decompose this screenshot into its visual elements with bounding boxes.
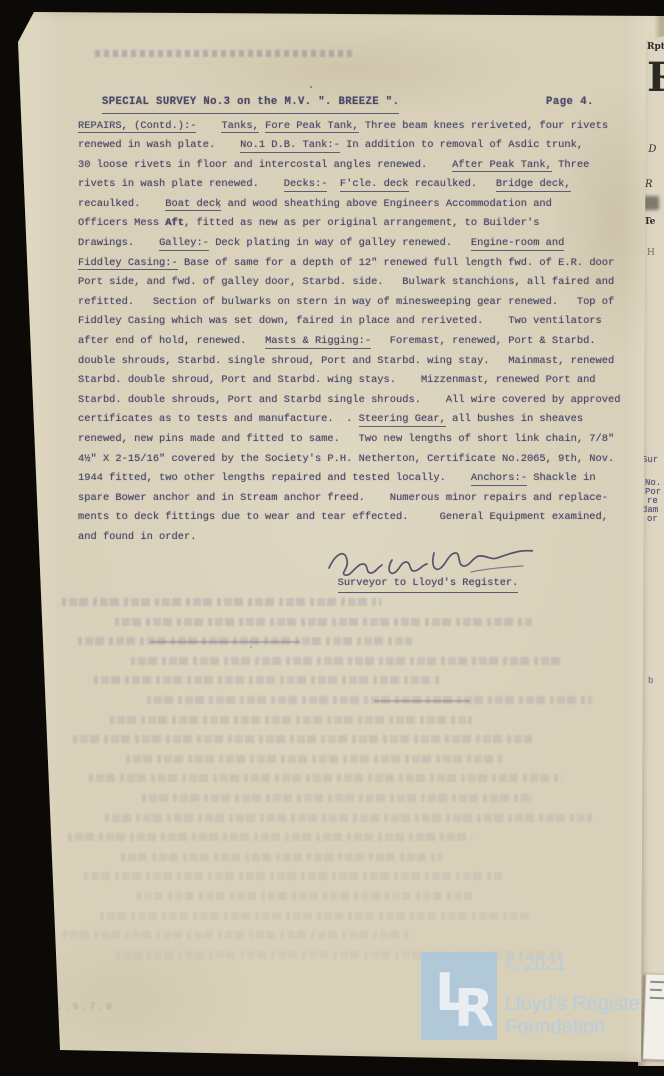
- typed-line: rivets in wash plate renewed. Decks:- F'…: [78, 175, 594, 195]
- bleed-through-text: [95, 50, 355, 57]
- typed-line: double shrouds, Starbd. single shroud, P…: [78, 352, 594, 372]
- watermark-org-line2: Foundation: [505, 1016, 647, 1039]
- bleed-through-line: [142, 794, 532, 802]
- signature-caption: Surveyor to Lloyd's Register.: [338, 575, 519, 593]
- surveyor-signature: [323, 542, 533, 576]
- bleed-through-line: [105, 814, 592, 822]
- typed-line: renewed in wash plate. No.1 D.B. Tank:- …: [78, 136, 594, 156]
- survey-report-page: SPECIAL SURVEY No.3 on the M.V. ". BREEZ…: [0, 0, 664, 1076]
- report-header: SPECIAL SURVEY No.3 on the M.V. ". BREEZ…: [78, 92, 594, 114]
- page-number: Page 4.: [546, 92, 594, 112]
- typed-line: refitted. Section of bulwarks on stern i…: [78, 293, 594, 313]
- svg-text:L: L: [435, 963, 468, 1023]
- bleed-through-line: [110, 716, 472, 724]
- bleed-through-line: [84, 872, 502, 880]
- bleed-through-line: [147, 696, 592, 704]
- corner-fold: [2, 1040, 64, 1070]
- side-page-ink-smudge: [643, 196, 659, 210]
- typed-line: REPAIRS, (Contd.):- Tanks, Fore Peak Tan…: [78, 117, 594, 137]
- bleed-through-line: [94, 676, 442, 684]
- bleed-through-line: [100, 912, 532, 920]
- bleed-through-line: [63, 931, 412, 939]
- pencil-annotation: L.9.7.0: [56, 1002, 115, 1012]
- typed-line: Officers Mess Aft, fitted as new as per …: [78, 214, 594, 234]
- typed-line: 30 loose rivets in floor and intercostal…: [78, 156, 594, 176]
- side-page-typed-fragment: or: [647, 514, 658, 524]
- typed-line: Starbd. double shroud, Port and Starbd. …: [78, 371, 594, 391]
- watermark-org-line1: Lloyd's Register: [505, 993, 647, 1016]
- side-page-fragment: R: [645, 179, 653, 190]
- side-page-typed-fragment: Sur: [642, 455, 658, 465]
- typed-line: recaulked. Boat deck and wood sheathing …: [78, 195, 594, 215]
- bleed-through-text: [62, 598, 602, 970]
- typed-line: spare Bower anchor and in Stream anchor …: [78, 489, 594, 509]
- archive-label: [643, 974, 664, 1061]
- bleed-through-underline: [150, 641, 300, 643]
- bleed-through-line: [121, 853, 442, 861]
- side-page-typed-fragment: b: [648, 676, 653, 686]
- bleed-through-line: [126, 755, 502, 763]
- typed-report: SPECIAL SURVEY No.3 on the M.V. ". BREEZ…: [78, 92, 594, 548]
- ink-specks: [310, 86, 312, 88]
- bleed-through-line: [89, 774, 562, 782]
- signature-block: Surveyor to Lloyd's Register.: [318, 542, 538, 593]
- bleed-through-line: [131, 657, 562, 665]
- side-page-big-letter: R: [647, 58, 664, 98]
- side-page-fragment: Te: [644, 217, 655, 227]
- typed-line: Drawings. Galley:- Deck plating in way o…: [78, 234, 594, 254]
- side-page-fragment: H: [647, 248, 655, 258]
- scanned-document-page: { "colors": { "background": "#0c0a06", "…: [0, 0, 664, 1076]
- svg-text:R: R: [454, 979, 494, 1039]
- bleed-through-line: [73, 735, 532, 743]
- typed-line: certificates as to tests and manufacture…: [78, 410, 594, 430]
- bleed-through-line: [137, 892, 472, 900]
- bleed-through-underline: [374, 700, 470, 702]
- typed-line: ments to deck fittings due to wear and t…: [78, 508, 594, 528]
- typed-line: 4½" X 2-15/16" covered by the Society's …: [78, 450, 594, 470]
- typed-line: Port side, and fwd. of galley door, Star…: [78, 273, 594, 293]
- bleed-through-line: [115, 618, 532, 626]
- bleed-through-line: [116, 951, 562, 959]
- typed-line: Fiddley Casing which was set down, faire…: [78, 312, 594, 332]
- typed-body: REPAIRS, (Contd.):- Tanks, Fore Peak Tan…: [78, 117, 594, 548]
- typed-line: after end of hold, renewed. Masts & Rigg…: [78, 332, 594, 352]
- typed-line: 1944 fitted, two other lengths repaired …: [78, 469, 594, 489]
- typed-line: Fiddley Casing:- Base of same for a dept…: [78, 254, 594, 274]
- report-title: SPECIAL SURVEY No.3 on the M.V. ". BREEZ…: [102, 92, 399, 114]
- side-page-rpt-label: Rpt.: [647, 42, 664, 52]
- typed-line: renewed, new pins made and fitted to sam…: [78, 430, 594, 450]
- bleed-through-line: [62, 598, 382, 606]
- bleed-through-line: [68, 833, 472, 841]
- typed-line: Starbd. double shrouds, Port and Starbd …: [78, 391, 594, 411]
